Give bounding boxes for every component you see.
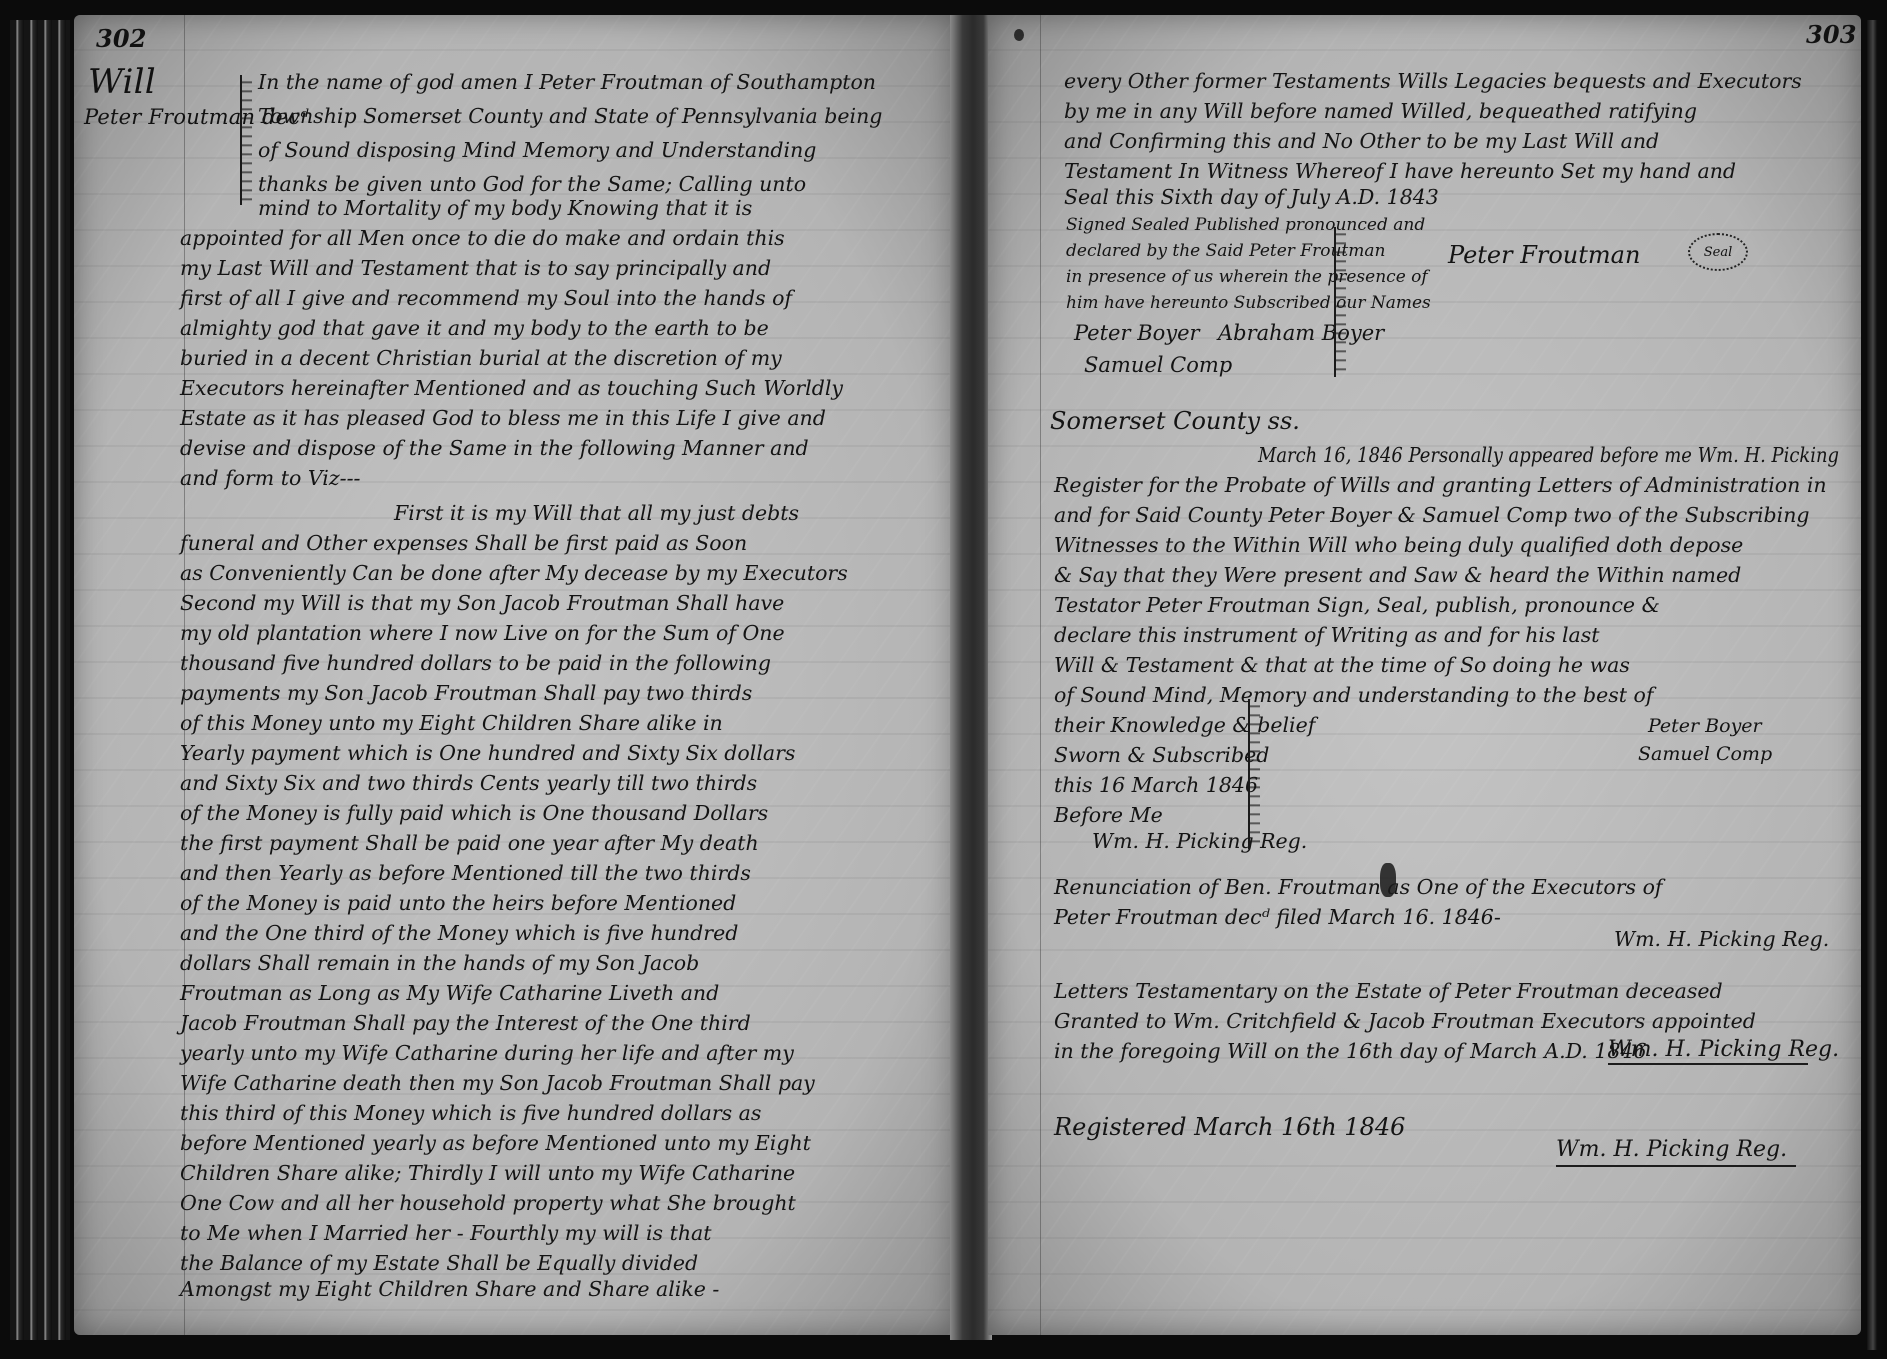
text-line: Signed Sealed Published pronounced and (1066, 215, 1425, 235)
text-line: declare this instrument of Writing as an… (1054, 623, 1600, 647)
witness-signature: Samuel Comp (1084, 353, 1232, 377)
page-number-left: 302 (96, 27, 147, 51)
text-line: the Balance of my Estate Shall be Equall… (180, 1251, 698, 1275)
text-line: and form to Viz--- (180, 466, 360, 490)
text-line: of Sound disposing Mind Memory and Under… (258, 138, 816, 162)
text-line: buried in a decent Christian burial at t… (180, 346, 782, 370)
text-line: Before Me (1054, 803, 1163, 827)
text-line: by me in any Will before named Willed, b… (1064, 99, 1697, 123)
signature-underline (1556, 1165, 1796, 1167)
text-line: Letters Testamentary on the Estate of Pe… (1054, 979, 1723, 1003)
text-line: in the foregoing Will on the 16th day of… (1054, 1039, 1647, 1063)
register-signature: Wm. H. Picking Reg. (1092, 829, 1307, 853)
text-line: and for Said County Peter Boyer & Samuel… (1054, 503, 1810, 527)
text-line: One Cow and all her household property w… (180, 1191, 796, 1215)
text-line: mind to Mortality of my body Knowing tha… (258, 196, 752, 220)
text-line: appointed for all Men once to die do mak… (180, 226, 785, 250)
text-line: yearly unto my Wife Catharine during her… (180, 1041, 794, 1065)
ink-blot (1014, 29, 1024, 41)
text-line: Jacob Froutman Shall pay the Interest of… (180, 1011, 751, 1035)
book-page-edges-left (10, 20, 70, 1340)
witness-signature: Abraham Boyer (1218, 321, 1384, 345)
text-line: Witnesses to the Within Will who being d… (1054, 533, 1743, 557)
text-line: funeral and Other expenses Shall be firs… (180, 531, 747, 555)
text-line: Sworn & Subscribed (1054, 743, 1269, 767)
text-line: Children Share alike; Thirdly I will unt… (180, 1161, 795, 1185)
text-line: thousand five hundred dollars to be paid… (180, 651, 771, 675)
text-line: Executors hereinafter Mentioned and as t… (180, 376, 843, 400)
text-line: and then Yearly as before Mentioned till… (180, 861, 751, 885)
text-line: first of all I give and recommend my Sou… (180, 286, 792, 310)
seal-mark: Seal (1688, 233, 1748, 271)
text-line: Froutman as Long as My Wife Catharine Li… (180, 981, 719, 1005)
text-line: this third of this Money which is five h… (180, 1101, 761, 1125)
right-page: 303 every Other former Testaments Wills … (988, 15, 1861, 1335)
page-number-right: 303 (1806, 23, 1857, 47)
text-line: Estate as it has pleased God to bless me… (180, 406, 826, 430)
text-line: dollars Shall remain in the hands of my … (180, 951, 699, 975)
left-page: 302 Will Peter Froutman decᵈ In the name… (74, 15, 954, 1335)
text-line: of the Money is fully paid which is One … (180, 801, 768, 825)
text-line: payments my Son Jacob Froutman Shall pay… (180, 681, 752, 705)
text-line: Register for the Probate of Wills and gr… (1054, 473, 1827, 497)
curly-brace (1248, 699, 1260, 849)
text-line: Wife Catharine death then my Son Jacob F… (180, 1071, 815, 1095)
text-line: Amongst my Eight Children Share and Shar… (180, 1277, 719, 1301)
text-line: and Confirming this and No Other to be m… (1064, 129, 1659, 153)
text-line: before Mentioned yearly as before Mentio… (180, 1131, 811, 1155)
text-line: my Last Will and Testament that is to sa… (180, 256, 771, 280)
register-signature: Wm. H. Picking Reg. (1614, 927, 1829, 951)
text-line: Renunciation of Ben. Froutman as One of … (1054, 875, 1663, 899)
text-line: In the name of god amen I Peter Froutman… (258, 70, 876, 94)
curly-brace (1334, 227, 1346, 377)
text-line: their Knowledge & belief (1054, 713, 1315, 737)
text-line: of Sound Mind, Memory and understanding … (1054, 683, 1653, 707)
text-line: Peter Froutman decᵈ filed March 16. 1846… (1054, 905, 1501, 929)
text-line: every Other former Testaments Wills Lega… (1064, 69, 1802, 93)
register-signature: Wm. H. Picking Reg. (1556, 1137, 1787, 1162)
text-line: in presence of us wherein the presence o… (1066, 267, 1428, 287)
text-line: of this Money unto my Eight Children Sha… (180, 711, 723, 735)
text-line: him have hereunto Subscribed our Names (1066, 293, 1431, 313)
book-cover-edge-right (1867, 20, 1887, 1350)
text-line: devise and dispose of the Same in the fo… (180, 436, 809, 460)
signature-underline (1608, 1063, 1808, 1065)
text-line: Testament In Witness Whereof I have here… (1064, 159, 1736, 183)
text-line: Seal this Sixth day of July A.D. 1843 (1064, 185, 1439, 209)
text-line: Second my Will is that my Son Jacob Frou… (180, 591, 784, 615)
ink-blot (1380, 863, 1396, 897)
text-line: to Me when I Married her - Fourthly my w… (180, 1221, 712, 1245)
margin-rule (1040, 15, 1041, 1335)
registered-line: Registered March 16th 1846 (1054, 1113, 1405, 1141)
register-signature: Wm. H. Picking Reg. (1608, 1037, 1839, 1062)
text-line: my old plantation where I now Live on fo… (180, 621, 785, 645)
text-line: thanks be given unto God for the Same; C… (258, 172, 806, 196)
testator-signature: Peter Froutman (1448, 241, 1640, 269)
text-line: and the One third of the Money which is … (180, 921, 738, 945)
text-line: & Say that they Were present and Saw & h… (1054, 563, 1741, 587)
text-line: this 16 March 1846 (1054, 773, 1258, 797)
text-line: March 16, 1846 Personally appeared befor… (1258, 443, 1839, 467)
text-line: Will & Testament & that at the time of S… (1054, 653, 1630, 677)
book-binding-gutter (950, 15, 992, 1340)
text-line: First it is my Will that all my just deb… (394, 501, 799, 525)
text-line: Township Somerset County and State of Pe… (258, 104, 882, 128)
text-line: as Conveniently Can be done after My dec… (180, 561, 848, 585)
text-line: almighty god that gave it and my body to… (180, 316, 769, 340)
text-line: and Sixty Six and two thirds Cents yearl… (180, 771, 757, 795)
curly-brace (240, 75, 252, 205)
witness-signature: Peter Boyer (1074, 321, 1200, 345)
text-line: Testator Peter Froutman Sign, Seal, publ… (1054, 593, 1660, 617)
text-line: Yearly payment which is One hundred and … (180, 741, 795, 765)
county-heading: Somerset County ss. (1050, 407, 1300, 435)
probate-signer: Samuel Comp (1638, 743, 1772, 765)
text-line: Granted to Wm. Critchfield & Jacob Frout… (1054, 1009, 1756, 1033)
text-line: the first payment Shall be paid one year… (180, 831, 759, 855)
probate-signer: Peter Boyer (1648, 715, 1762, 737)
margin-heading-will: Will (88, 65, 156, 99)
text-line: of the Money is paid unto the heirs befo… (180, 891, 736, 915)
